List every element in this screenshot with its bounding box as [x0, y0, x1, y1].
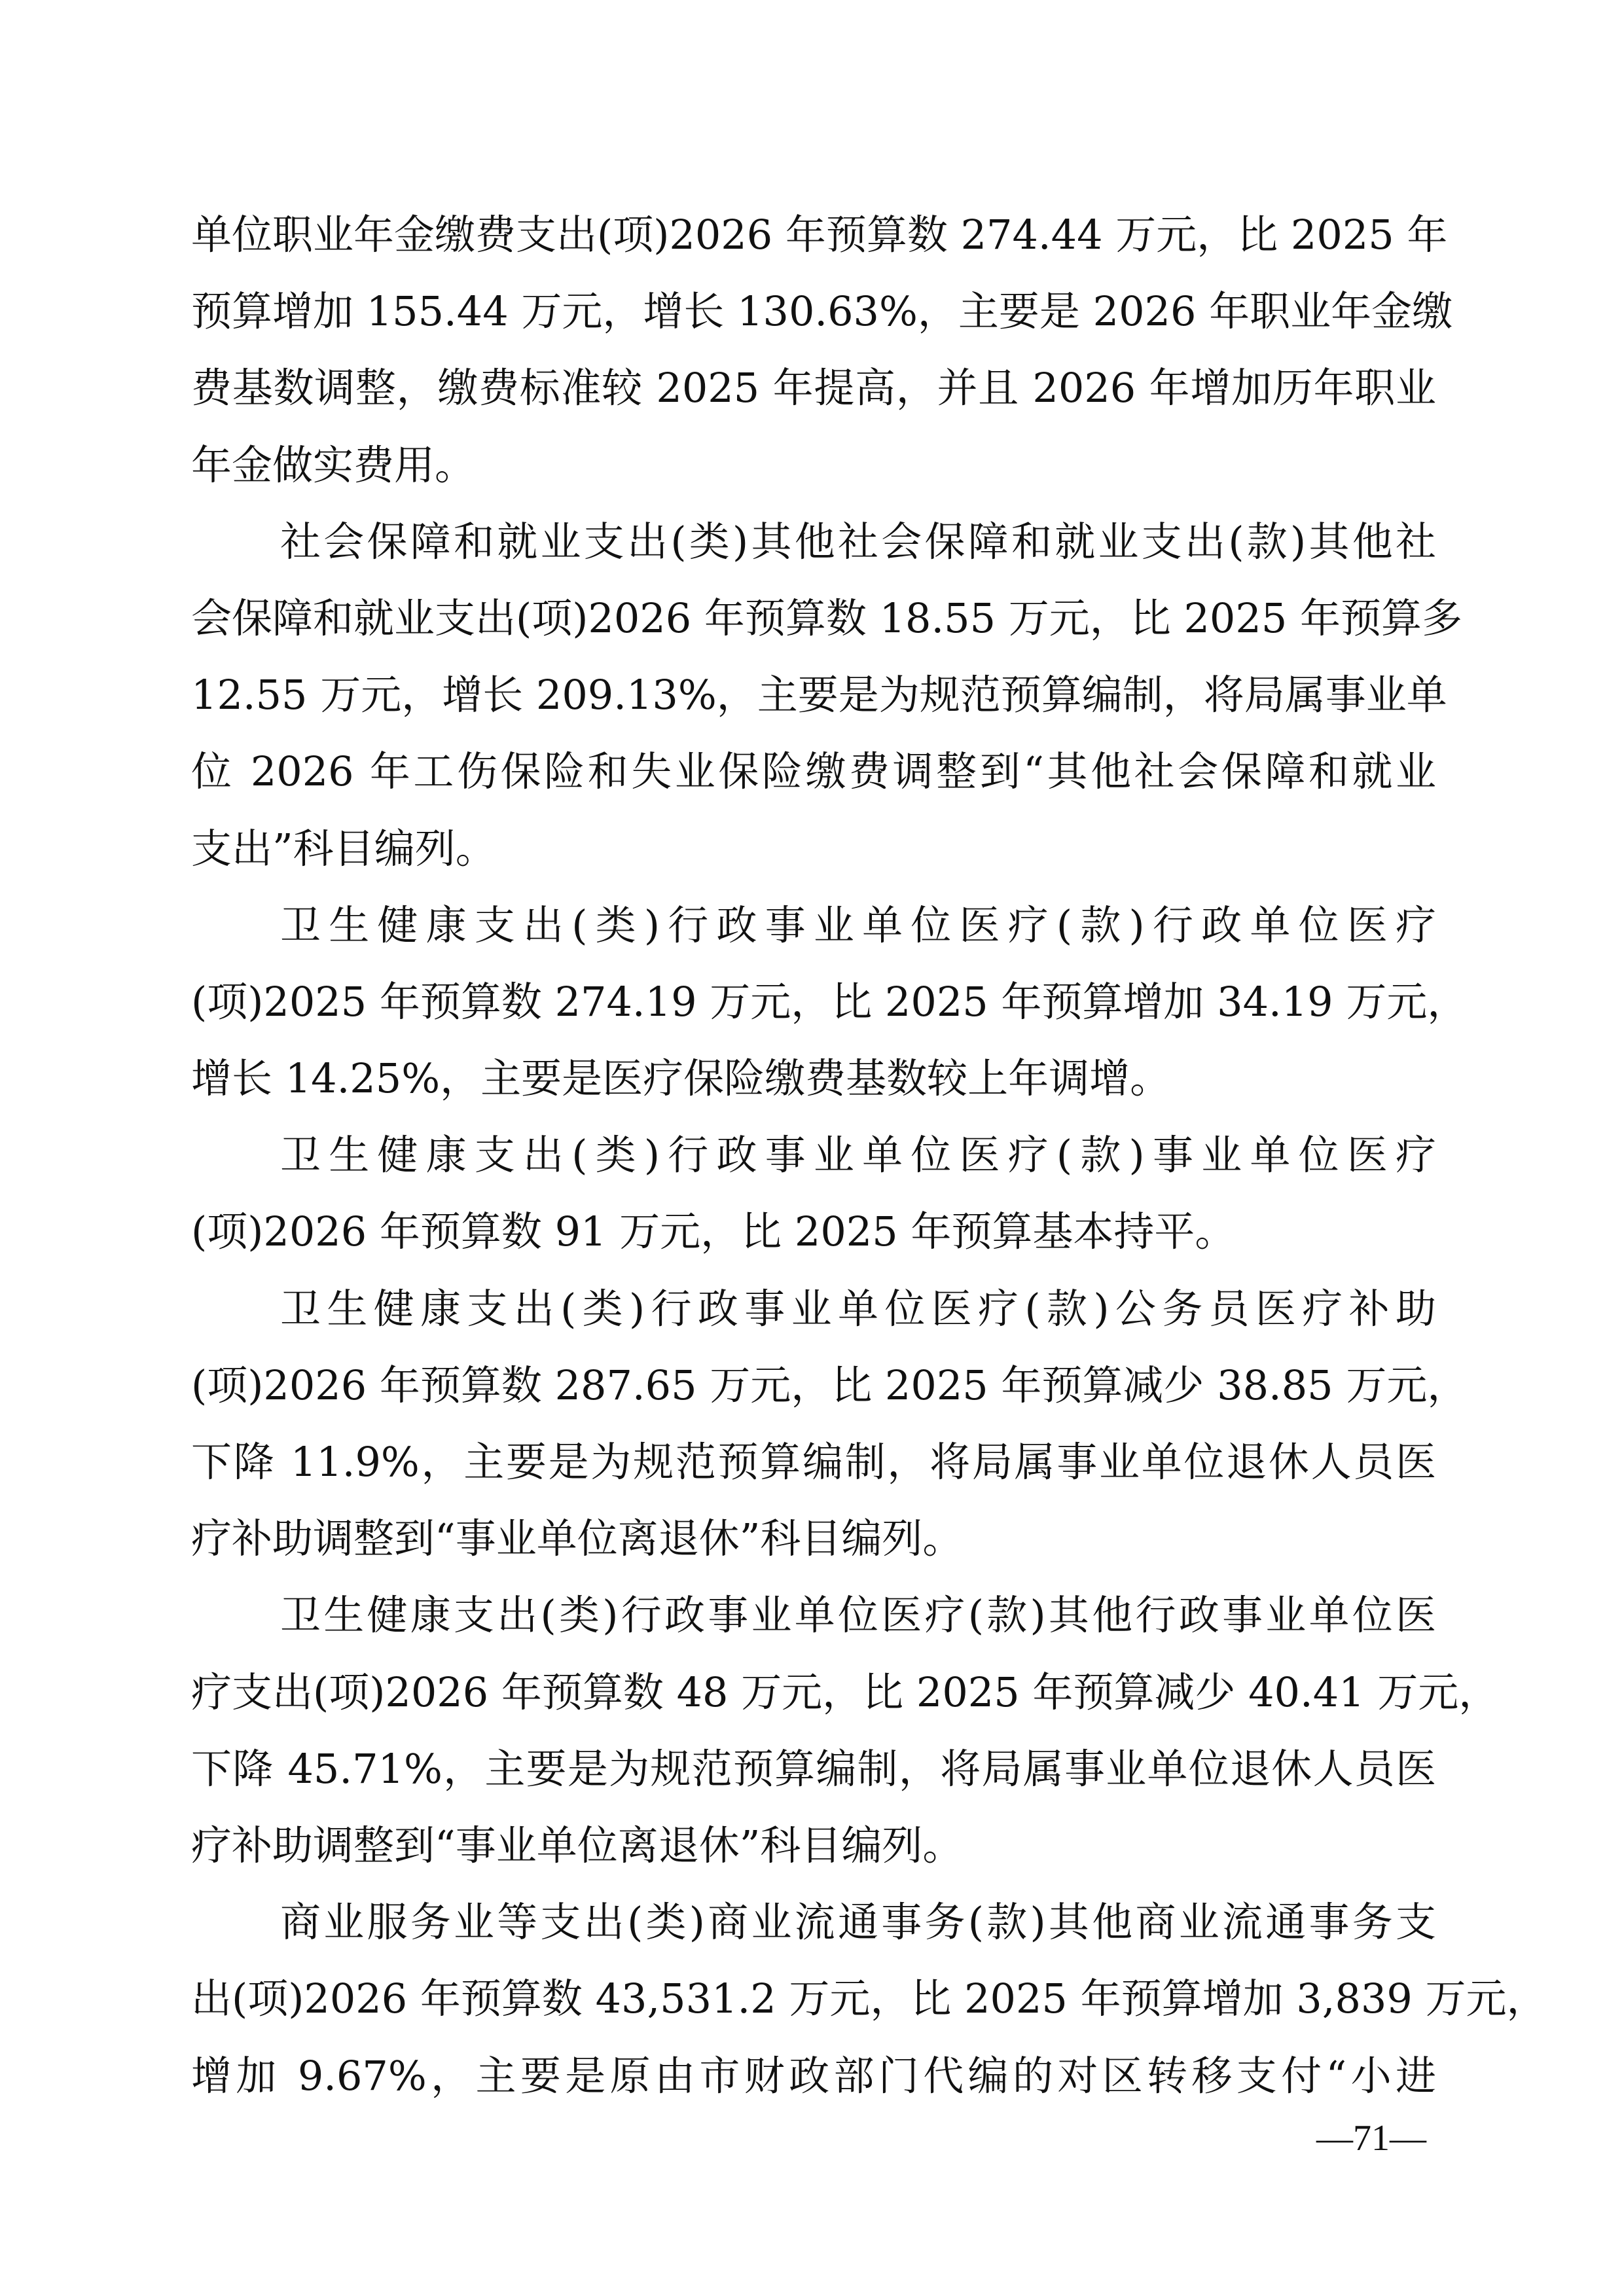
text-line: 单位职业年金缴费支出(项)2026 年预算数 274.44 万元，比 2025 … [191, 196, 1436, 273]
paragraph-occupational-annuity: 单位职业年金缴费支出(项)2026 年预算数 274.44 万元，比 2025 … [191, 196, 1436, 503]
text-line: 社会保障和就业支出(类)其他社会保障和就业支出(款)其他社 [191, 503, 1436, 580]
text-line: 卫生健康支出(类)行政事业单位医疗(款)行政单位医疗 [191, 887, 1436, 963]
text-line: (项)2025 年预算数 274.19 万元，比 2025 年预算增加 34.1… [191, 963, 1436, 1040]
text-line: 12.55 万元，增长 209.13%，主要是为规范预算编制，将局属事业单 [191, 656, 1436, 733]
text-line: 位 2026 年工伤保险和失业保险缴费调整到“其他社会保障和就业 [191, 733, 1436, 810]
document-page: 单位职业年金缴费支出(项)2026 年预算数 274.44 万元，比 2025 … [0, 0, 1624, 2296]
text-line: 预算增加 155.44 万元，增长 130.63%，主要是 2026 年职业年金… [191, 273, 1436, 350]
text-line: 卫生健康支出(类)行政事业单位医疗(款)其他行政事业单位医 [191, 1577, 1436, 1653]
paragraph-public-institution-medical: 卫生健康支出(类)行政事业单位医疗(款)事业单位医疗 (项)2026 年预算数 … [191, 1117, 1436, 1270]
text-line: 年金做实费用。 [191, 427, 1436, 503]
text-line: 疗支出(项)2026 年预算数 48 万元，比 2025 年预算减少 40.41… [191, 1654, 1436, 1731]
text-line: 会保障和就业支出(项)2026 年预算数 18.55 万元，比 2025 年预算… [191, 580, 1436, 656]
text-line: 增加 9.67%，主要是原由市财政部门代编的对区转移支付“小进 [191, 2037, 1436, 2114]
text-line: 疗补助调整到“事业单位离退休”科目编列。 [191, 1500, 1436, 1577]
text-line: 商业服务业等支出(类)商业流通事务(款)其他商业流通事务支 [191, 1884, 1436, 1960]
text-line: 下降 11.9%，主要是为规范预算编制，将局属事业单位退休人员医 [191, 1424, 1436, 1500]
page-number: —71— [1299, 2115, 1443, 2161]
text-line: (项)2026 年预算数 287.65 万元，比 2025 年预算减少 38.8… [191, 1347, 1436, 1424]
text-line: 卫生健康支出(类)行政事业单位医疗(款)公务员医疗补助 [191, 1270, 1436, 1347]
paragraph-other-admin-medical: 卫生健康支出(类)行政事业单位医疗(款)其他行政事业单位医 疗支出(项)2026… [191, 1577, 1436, 1884]
body-text: 单位职业年金缴费支出(项)2026 年预算数 274.44 万元，比 2025 … [191, 196, 1436, 2114]
text-line: 下降 45.71%，主要是为规范预算编制，将局属事业单位退休人员医 [191, 1731, 1436, 1807]
text-line: (项)2026 年预算数 91 万元，比 2025 年预算基本持平。 [191, 1193, 1436, 1270]
text-line: 卫生健康支出(类)行政事业单位医疗(款)事业单位医疗 [191, 1117, 1436, 1193]
text-line: 出(项)2026 年预算数 43,531.2 万元，比 2025 年预算增加 3… [191, 1960, 1436, 2037]
text-line: 支出”科目编列。 [191, 810, 1436, 887]
text-line: 增长 14.25%，主要是医疗保险缴费基数较上年调增。 [191, 1040, 1436, 1117]
paragraph-other-social-security: 社会保障和就业支出(类)其他社会保障和就业支出(款)其他社 会保障和就业支出(项… [191, 503, 1436, 887]
text-line: 疗补助调整到“事业单位离退休”科目编列。 [191, 1807, 1436, 1884]
text-line: 费基数调整，缴费标准较 2025 年提高，并且 2026 年增加历年职业 [191, 350, 1436, 426]
paragraph-admin-unit-medical: 卫生健康支出(类)行政事业单位医疗(款)行政单位医疗 (项)2025 年预算数 … [191, 887, 1436, 1117]
paragraph-commerce-circulation: 商业服务业等支出(类)商业流通事务(款)其他商业流通事务支 出(项)2026 年… [191, 1884, 1436, 2114]
paragraph-civil-servant-medical-subsidy: 卫生健康支出(类)行政事业单位医疗(款)公务员医疗补助 (项)2026 年预算数… [191, 1270, 1436, 1577]
